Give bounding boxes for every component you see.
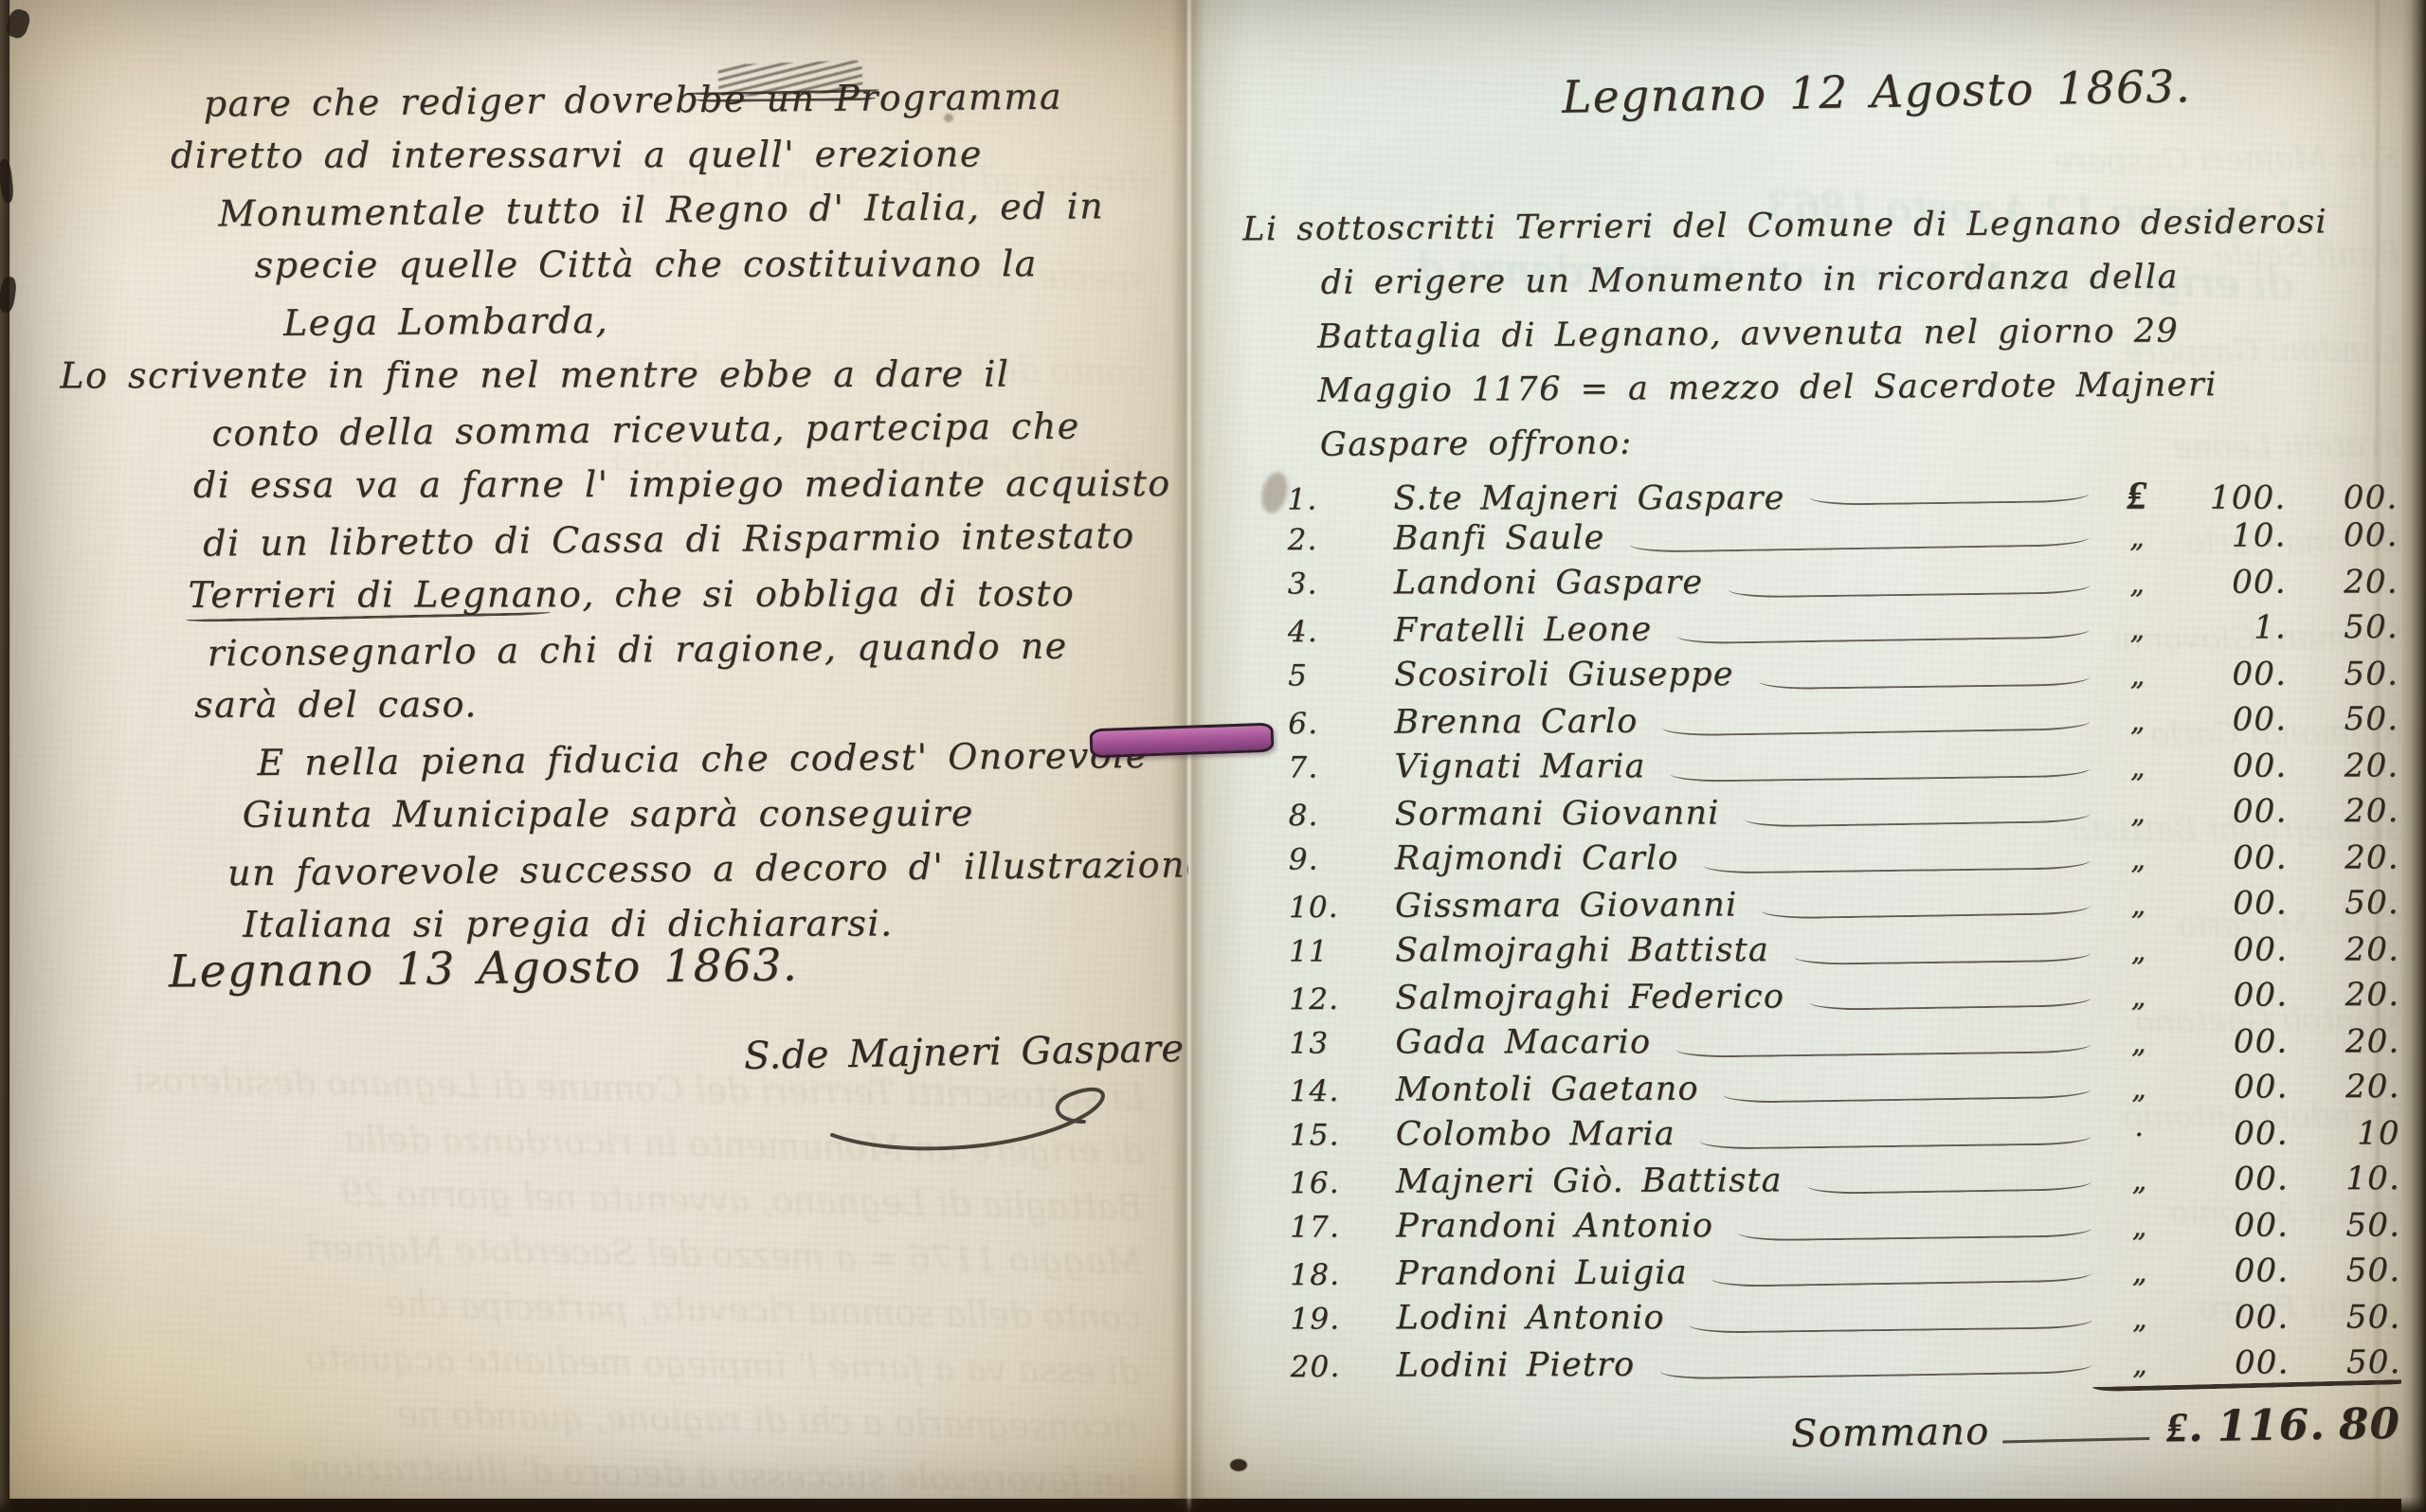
ink-spot bbox=[1230, 1459, 1247, 1471]
subscriber-row: 14. Montoli Gaetano „ 00. 20. bbox=[1290, 1067, 2414, 1117]
bleed-line: conto della somma ricevuta, partecipa ch… bbox=[61, 1271, 1142, 1345]
subscriber-name: Scosiroli Giuseppe bbox=[1394, 656, 1734, 693]
row-number: 2. bbox=[1287, 522, 1393, 556]
photo-edge-bottom bbox=[0, 1497, 2426, 1512]
manuscript-line: diretto ad interessarvi a quell' erezion… bbox=[171, 126, 1213, 183]
ditto-mark: „ bbox=[2110, 567, 2165, 601]
amount-lire: 00. bbox=[2167, 1299, 2289, 1337]
manuscript-line: specie quelle Città che costituivano la bbox=[255, 236, 1214, 293]
subscriber-row: 13 Gada Macario „ 00. 20. bbox=[1289, 1022, 2413, 1070]
subscriber-row: 15. Colombo Maria · 00. 10 bbox=[1290, 1114, 2414, 1161]
dash-line bbox=[1728, 572, 2090, 598]
dash-line bbox=[1676, 617, 2090, 644]
manuscript-line: Lo scrivente in fine nel mentre ebbe a d… bbox=[60, 346, 1214, 403]
right-page-intro: Li sottoscritti Terrieri del Comune di L… bbox=[1242, 195, 2424, 474]
subscriber-name: Colombo Maria bbox=[1396, 1115, 1675, 1153]
row-number: 1. bbox=[1287, 482, 1393, 516]
amount-lire: 00. bbox=[2168, 1343, 2290, 1381]
subscriber-name: Rajmondi Carlo bbox=[1395, 839, 1679, 877]
row-number: 5 bbox=[1288, 658, 1394, 693]
amount-cent: 20. bbox=[2288, 838, 2413, 876]
subscriber-name: Landoni Gaspare bbox=[1394, 564, 1704, 602]
amount-cent: 20. bbox=[2288, 930, 2413, 968]
dash-line bbox=[1809, 985, 2091, 1011]
amount-lire: 00. bbox=[2166, 839, 2288, 877]
subscriber-row: 1. S.te Majneri Gaspare ₤ 100. 00. bbox=[1287, 471, 2411, 518]
dash-line bbox=[1670, 756, 2090, 783]
subscriber-row: 16. Majneri Giò. Battista „ 00. 10. bbox=[1290, 1159, 2414, 1209]
subscriber-name: Majneri Giò. Battista bbox=[1396, 1161, 1783, 1200]
subscriber-name: Salmojraghi Battista bbox=[1395, 931, 1769, 969]
ditto-mark: „ bbox=[2111, 935, 2166, 968]
subscriber-name: Vignati Maria bbox=[1394, 747, 1645, 785]
subscriber-name: S.te Majneri Gaspare bbox=[1393, 479, 1784, 517]
ditto-mark: „ bbox=[2110, 751, 2165, 784]
row-number: 9. bbox=[1289, 842, 1395, 876]
amount-lire: 00. bbox=[2167, 1251, 2289, 1289]
page-gutter bbox=[1171, 0, 1205, 1512]
row-number: 11 bbox=[1289, 934, 1395, 968]
left-page-body: pare che rediger dovrebbe un Programma d… bbox=[171, 69, 1218, 954]
row-number: 18. bbox=[1290, 1257, 1396, 1291]
amount-lire: 00. bbox=[2167, 1068, 2289, 1106]
manuscript-photo: diretto ad interessarvi a quell' erezion… bbox=[0, 0, 2426, 1512]
subscriber-row: 2. Banfi Saule „ 10. 00. bbox=[1287, 515, 2411, 566]
dash-line bbox=[1675, 1032, 2091, 1058]
subscriber-name: Brenna Carlo bbox=[1394, 702, 1638, 741]
ditto-mark: „ bbox=[2111, 796, 2166, 829]
manuscript-line: Li sottoscritti Terrieri del Comune di L… bbox=[1242, 195, 2422, 258]
subscriber-name: Gada Macario bbox=[1395, 1023, 1651, 1061]
amount-lire: 00. bbox=[2165, 700, 2287, 738]
signature: S.de Majneri Gaspare bbox=[744, 1027, 1185, 1078]
amount-cent: 20. bbox=[2289, 1067, 2414, 1105]
row-number: 3. bbox=[1288, 567, 1394, 601]
subscription-list: 1. S.te Majneri Gaspare ₤ 100. 00. 2. Ba… bbox=[1287, 470, 2414, 1393]
dash-line bbox=[1744, 801, 2090, 828]
ditto-mark: ₤ bbox=[2109, 472, 2164, 519]
amount-lire: 00. bbox=[2166, 976, 2288, 1014]
amount-cent: 50. bbox=[2287, 699, 2412, 737]
subscriber-row: 12. Salmojraghi Federico „ 00. 20. bbox=[1289, 975, 2413, 1025]
row-number: 8. bbox=[1289, 798, 1395, 832]
amount-lire: 1. bbox=[2165, 608, 2287, 646]
bleed-line: Battaglia di Legnano, avvenuta nel giorn… bbox=[63, 1161, 1144, 1235]
ditto-mark: „ bbox=[2110, 704, 2165, 737]
manuscript-line: E nella piena fiducia che codest' Onorev… bbox=[257, 727, 1216, 790]
page-crease bbox=[2373, 0, 2382, 1499]
right-page-heading: Legnano 12 Agosto 1863. bbox=[1562, 61, 2192, 124]
amount-cent: 50. bbox=[2289, 1251, 2414, 1288]
dash-line bbox=[1807, 1169, 2092, 1195]
ditto-mark: „ bbox=[2111, 843, 2166, 876]
manuscript-line: conto della somma ricevuta, partecipa ch… bbox=[211, 397, 1214, 460]
amount-lire: 00. bbox=[2167, 1115, 2289, 1153]
subscriber-name: Prandoni Antonio bbox=[1396, 1207, 1713, 1245]
subscriber-name: Lodini Antonio bbox=[1396, 1299, 1664, 1337]
amount-cent: 50. bbox=[2287, 607, 2412, 645]
page-stack-edge bbox=[2401, 0, 2426, 1512]
amount-lire: 00. bbox=[2165, 747, 2287, 785]
dash-line bbox=[1794, 940, 2091, 964]
dash-line bbox=[1762, 893, 2091, 919]
ditto-mark: „ bbox=[2110, 612, 2165, 645]
manuscript-line: Monumentale tutto il Regno d' Italia, ed… bbox=[218, 177, 1213, 241]
amount-cent: 50. bbox=[2288, 883, 2413, 921]
manuscript-line: Maggio 1176 = a mezzo del Sacerdote Majn… bbox=[1317, 357, 2423, 419]
amount-lire: 00. bbox=[2166, 931, 2288, 969]
ditto-mark: „ bbox=[2112, 1303, 2167, 1336]
ditto-mark: „ bbox=[2109, 520, 2164, 553]
ditto-mark: „ bbox=[2110, 659, 2165, 693]
ditto-mark: „ bbox=[2111, 888, 2166, 921]
bleed-line: un favorevole successo a decoro d' illus… bbox=[58, 1436, 1139, 1506]
dash-line bbox=[1738, 1215, 2091, 1241]
row-number: 6. bbox=[1288, 706, 1394, 740]
total-lire: 116. bbox=[2217, 1399, 2326, 1451]
dash-line bbox=[1700, 1124, 2091, 1149]
dash-line bbox=[1703, 848, 2090, 873]
subscriber-row: 10. Gissmara Giovanni „ 00. 50. bbox=[1289, 883, 2413, 933]
dash-line bbox=[1724, 1077, 2091, 1104]
amount-cent: 20. bbox=[2288, 1022, 2413, 1060]
dash-line bbox=[1712, 1261, 2092, 1287]
row-number: 17. bbox=[1290, 1210, 1396, 1244]
manuscript-line: riconsegnarlo a chi di ragione, quando n… bbox=[208, 617, 1216, 680]
ditto-mark: „ bbox=[2112, 1071, 2167, 1105]
subscriber-row: 7. Vignati Maria „ 00. 20. bbox=[1288, 747, 2412, 794]
manuscript-line: Terrieri di Legnano, che si obbliga di t… bbox=[188, 566, 1215, 622]
ink-overwrite bbox=[717, 60, 862, 97]
subscriber-row: 17. Prandoni Antonio „ 00. 50. bbox=[1290, 1206, 2414, 1253]
amount-cent: 20. bbox=[2287, 747, 2412, 784]
subscriber-row: 18. Prandoni Luigia „ 00. 50. bbox=[1290, 1251, 2414, 1301]
subscriber-name: Salmojraghi Federico bbox=[1395, 978, 1784, 1017]
amount-lire: 10. bbox=[2164, 516, 2286, 554]
amount-cent: 10. bbox=[2289, 1159, 2414, 1197]
amount-lire: 100. bbox=[2164, 479, 2286, 517]
amount-cent: 00. bbox=[2286, 478, 2411, 516]
amount-cent: 50. bbox=[2289, 1298, 2414, 1336]
ditto-mark: „ bbox=[2112, 1163, 2167, 1197]
ditto-mark: · bbox=[2112, 1119, 2167, 1152]
manuscript-line: di essa va a farne l' impiego mediante a… bbox=[193, 456, 1215, 513]
left-page: diretto ad interessarvi a quell' erezion… bbox=[9, 0, 1188, 1499]
amount-cent: 20. bbox=[2287, 791, 2412, 829]
dash-line bbox=[1629, 525, 2089, 553]
amount-lire: 00. bbox=[2165, 564, 2287, 602]
manuscript-line: Giunta Municipale saprà conseguire bbox=[243, 785, 1217, 842]
bleed-line: Maggio 1176 = a mezzo del Sacerdote Majn… bbox=[62, 1216, 1143, 1290]
manuscript-line: di un libretto di Cassa di Risparmio int… bbox=[203, 507, 1215, 570]
subscriber-row: 3. Landoni Gaspare „ 00. 20. bbox=[1288, 563, 2412, 610]
ditto-mark: „ bbox=[2111, 1027, 2166, 1060]
row-number: 13 bbox=[1289, 1026, 1395, 1060]
bleed-line: riconsegnarlo a chi di ragione, quando n… bbox=[59, 1381, 1140, 1455]
manuscript-line: Battaglia di Legnano, avvenuta nel giorn… bbox=[1317, 303, 2423, 365]
subscriber-row: 8. Sormani Giovanni „ 00. 20. bbox=[1288, 791, 2412, 841]
subscriber-name: Montoli Gaetano bbox=[1396, 1070, 1699, 1108]
dash-line bbox=[2002, 1422, 2149, 1444]
row-number: 14. bbox=[1290, 1073, 1396, 1107]
bleed-line: di essa va a farne l' impiego mediante a… bbox=[60, 1326, 1141, 1400]
subscriber-row: 4. Fratelli Leone „ 1. 50. bbox=[1288, 607, 2412, 657]
manuscript-line: di erigere un Monumento in ricordanza de… bbox=[1320, 249, 2422, 311]
manuscript-line: Lega Lombarda, bbox=[283, 287, 1214, 351]
subscriber-row: 5 Scosiroli Giuseppe „ 00. 50. bbox=[1288, 655, 2412, 702]
amount-lire: 00. bbox=[2165, 792, 2287, 830]
photo-edge-left bbox=[0, 0, 11, 1512]
ditto-mark: „ bbox=[2112, 1211, 2167, 1244]
row-number: 20. bbox=[1291, 1349, 1397, 1383]
dash-line bbox=[1690, 1307, 2092, 1334]
amount-lire: 00. bbox=[2165, 656, 2287, 693]
ditto-mark: „ bbox=[2111, 980, 2166, 1013]
subscriber-name: Fratelli Leone bbox=[1394, 610, 1653, 649]
row-number: 4. bbox=[1288, 614, 1394, 648]
amount-cent: 50. bbox=[2290, 1342, 2415, 1380]
manuscript-line: un favorevole successo a decoro d' illus… bbox=[227, 837, 1217, 900]
signature-flourish bbox=[815, 1080, 1156, 1156]
row-number: 15. bbox=[1290, 1118, 1396, 1152]
subscriber-row: 6. Brenna Carlo „ 00. 50. bbox=[1288, 699, 2412, 749]
dash-line bbox=[1809, 480, 2089, 505]
subscriber-name: Prandoni Luigia bbox=[1396, 1253, 1688, 1292]
manuscript-line: Gaspare offrono: bbox=[1320, 411, 2424, 473]
amount-lire: 00. bbox=[2166, 1023, 2288, 1061]
subscriber-name: Sormani Giovanni bbox=[1394, 794, 1719, 833]
left-dateline: Legnano 13 Agosto 1863. bbox=[169, 940, 799, 999]
subscriber-name: Gissmara Giovanni bbox=[1395, 886, 1738, 925]
dash-line bbox=[1662, 709, 2090, 736]
amount-cent: 00. bbox=[2286, 515, 2411, 553]
amount-cent: 10 bbox=[2289, 1114, 2414, 1152]
subscriber-row: 9. Rajmondi Carlo „ 00. 20. bbox=[1289, 838, 2413, 886]
subscriber-name: Lodini Pietro bbox=[1397, 1345, 1636, 1384]
total-label: Sommano bbox=[1791, 1410, 1990, 1456]
row-number: 16. bbox=[1290, 1165, 1396, 1199]
ditto-mark: „ bbox=[2113, 1347, 2168, 1380]
row-number: 7. bbox=[1288, 750, 1394, 784]
row-number: 10. bbox=[1289, 890, 1395, 924]
row-number: 19. bbox=[1290, 1302, 1396, 1336]
subscriber-row: 19. Lodini Antonio „ 00. 50. bbox=[1290, 1298, 2414, 1345]
row-number: 12. bbox=[1289, 981, 1395, 1016]
dash-line bbox=[1659, 1352, 2092, 1379]
amount-cent: 50. bbox=[2287, 655, 2412, 693]
manuscript-line: sarà del caso. bbox=[194, 675, 1216, 732]
currency-symbol: ₤. bbox=[2166, 1403, 2204, 1452]
amount-lire: 00. bbox=[2166, 884, 2288, 922]
amount-cent: 20. bbox=[2287, 563, 2412, 601]
dash-line bbox=[1759, 664, 2091, 690]
amount-lire: 00. bbox=[2167, 1160, 2289, 1197]
amount-cent: 20. bbox=[2288, 975, 2413, 1013]
amount-lire: 00. bbox=[2167, 1207, 2289, 1245]
subscriber-row: 11 Salmojraghi Battista „ 00. 20. bbox=[1289, 930, 2413, 978]
ink-spot bbox=[944, 114, 953, 122]
amount-cent: 50. bbox=[2289, 1206, 2414, 1244]
ditto-mark: „ bbox=[2112, 1255, 2167, 1288]
subscriber-name: Banfi Saule bbox=[1393, 518, 1604, 557]
